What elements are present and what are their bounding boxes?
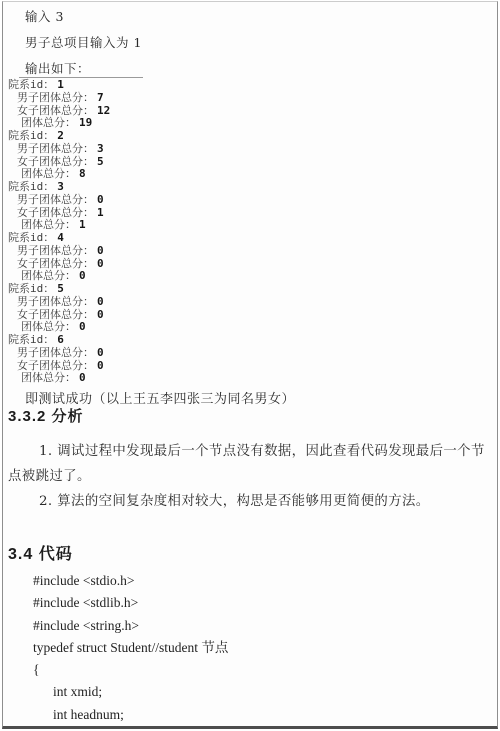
console-label: 男子团体总分： xyxy=(17,142,94,155)
console-label: 团体总分： xyxy=(21,320,76,333)
code-line: typedef struct Student//student 节点 xyxy=(33,637,228,659)
console-label: 女子团体总分： xyxy=(17,257,94,270)
console-value: 0 xyxy=(94,308,104,321)
console-value: 12 xyxy=(94,104,110,117)
code-line: #include <string.h> xyxy=(33,615,228,637)
console-value: 4 xyxy=(54,231,64,244)
intro-line-output-label: 输出如下： xyxy=(25,62,90,76)
intro-line-input: 输入 3 xyxy=(25,10,64,24)
code-line: #include <stdio.h> xyxy=(33,570,228,592)
console-label: 团体总分： xyxy=(21,167,76,180)
code-line: int headnum; xyxy=(33,704,228,726)
section-heading-code: 3.4 代码 xyxy=(8,541,73,564)
console-value: 3 xyxy=(94,142,104,155)
analysis-paragraph-1: 1. 调试过程中发现最后一个节点没有数据，因此查看代码发现最后一个节点被跳过了。 xyxy=(8,439,498,489)
console-value: 5 xyxy=(94,155,104,168)
console-value: 0 xyxy=(94,359,104,372)
analysis-paragraph-2: 2. 算法的空间复杂度相对较大，构思是否能够用更简便的方法。 xyxy=(8,489,498,514)
console-label: 院系id： xyxy=(8,231,54,244)
section-heading-analysis: 3.3.2 分析 xyxy=(8,405,84,426)
console-value: 1 xyxy=(54,78,64,91)
console-value: 1 xyxy=(76,218,86,231)
console-output: 院系id：1男子团体总分：7女子团体总分：12团体总分：19院系id：2男子团体… xyxy=(8,79,110,385)
console-value: 0 xyxy=(76,269,86,282)
console-label: 女子团体总分： xyxy=(17,155,94,168)
console-label: 院系id： xyxy=(8,78,54,91)
console-label: 男子团体总分： xyxy=(17,91,94,104)
code-line: { xyxy=(33,659,228,681)
console-value: 0 xyxy=(76,320,86,333)
console-label: 团体总分： xyxy=(21,218,76,231)
console-label: 女子团体总分： xyxy=(17,359,94,372)
console-value: 0 xyxy=(76,371,86,384)
console-label: 院系id： xyxy=(8,180,54,193)
console-label: 男子团体总分： xyxy=(17,295,94,308)
document-page: 输入 3 男子总项目输入为 1 输出如下： 院系id：1男子团体总分：7女子团体… xyxy=(2,1,498,729)
console-value: 0 xyxy=(94,346,104,359)
console-value: 3 xyxy=(54,180,64,193)
code-line: #include <stdlib.h> xyxy=(33,592,228,614)
console-label: 团体总分： xyxy=(21,371,76,384)
console-value: 0 xyxy=(94,257,104,270)
console-value: 19 xyxy=(76,116,92,129)
console-label: 男子团体总分： xyxy=(17,346,94,359)
console-line-team-total: 团体总分：0 xyxy=(8,372,110,385)
console-label: 院系id： xyxy=(8,333,54,346)
console-value: 2 xyxy=(54,129,64,142)
intro-line-men-input: 男子总项目输入为 1 xyxy=(25,36,142,50)
console-label: 女子团体总分： xyxy=(17,104,94,117)
console-value: 8 xyxy=(76,167,86,180)
console-value: 1 xyxy=(94,206,104,219)
console-label: 女子团体总分： xyxy=(17,308,94,321)
console-label: 团体总分： xyxy=(21,269,76,282)
console-value: 5 xyxy=(54,282,64,295)
console-value: 7 xyxy=(94,91,104,104)
console-label: 团体总分： xyxy=(21,116,76,129)
code-line: int xmid; xyxy=(33,681,228,703)
code-block: #include <stdio.h>#include <stdlib.h>#in… xyxy=(33,570,228,726)
console-label: 院系id： xyxy=(8,282,54,295)
console-label: 男子团体总分： xyxy=(17,244,94,257)
console-label: 男子团体总分： xyxy=(17,193,94,206)
console-value: 6 xyxy=(54,333,64,346)
console-label: 院系id： xyxy=(8,129,54,142)
console-value: 0 xyxy=(94,295,104,308)
console-value: 0 xyxy=(94,193,104,206)
console-value: 0 xyxy=(94,244,104,257)
console-label: 女子团体总分： xyxy=(17,206,94,219)
